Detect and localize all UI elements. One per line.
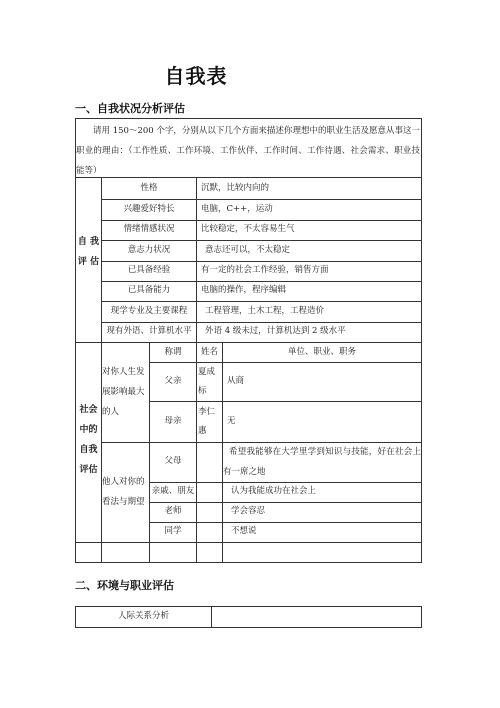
intro-paragraph: 请用 150～200 个字，分别从以下几个方面来描述你理想中的职业生活及愿意从事… [76,121,420,181]
self-eval-value: 意志还可以，不太稳定 [197,240,429,261]
self-eval-item: 意志力状况 [102,240,196,261]
self-eval-item: 已具备能力 [102,281,196,301]
self-eval-value: 外语 4 级未过，计算机达到 2 级水平 [197,322,429,342]
self-eval-value: 电脑，C++，运动 [197,199,425,220]
opinions-label: 他人对你的看法与期望 [102,472,148,517]
self-eval-item: 性格 [102,178,196,199]
self-eval-value: 工程管理，土木工程，工程造价 [197,301,429,322]
influencer-name: 李仁惠 [197,401,223,442]
influencer-relation: 父亲 [150,362,196,401]
opinion-relation: 父母 [150,442,196,482]
section-heading-environment: 二、环境与职业评估 [75,577,174,593]
section-heading-self-assessment: 一、自我状况分析评估 [75,100,185,116]
influencer-relation: 母亲 [150,401,196,442]
opinion-detail: 学会容忍 [223,502,429,522]
opinion-relation: 亲戚、朋友 [150,482,196,502]
env-item: 人际关系分析 [76,607,211,627]
influencer-detail: 从商 [223,362,425,401]
self-eval-item: 现学专业及主要课程 [102,301,196,322]
influencer-detail: 无 [223,401,425,442]
opinion-detail: 认为我能成功在社会上 [223,482,429,502]
self-eval-item: 情绪情感状况 [102,220,196,240]
opinion-name [197,502,222,522]
opinion-detail: 希望我能够在大学里学到知识与技能，好在社会上有一席之地 [223,442,421,482]
opinion-name [197,482,222,502]
header-name: 姓名 [197,343,222,362]
self-eval-item: 已具备经验 [102,261,196,281]
social-eval-group-label: 社会中的自我评估 [76,400,101,480]
self-eval-value: 电脑的操作，程序编辑 [197,281,425,301]
self-eval-value: 比较稳定，不太容易生气 [197,220,425,240]
opinion-relation: 老师 [150,502,196,522]
opinion-name [197,442,222,482]
influencer-name: 夏成标 [197,362,223,401]
header-relation: 称谓 [150,343,196,362]
influencers-label: 对你人生发展影响最大的人 [102,362,148,422]
opinion-name [197,522,222,542]
opinion-detail: 不想说 [223,522,429,542]
opinion-relation: 同学 [150,522,196,542]
header-detail: 单位、职业、职务 [223,343,421,362]
env-value[interactable] [212,607,425,627]
self-eval-value: 沉默，比较内向的 [197,178,425,199]
self-eval-value: 有一定的社会工作经验，销售方面 [197,261,425,281]
self-eval-group-label: 自 我 评 估 [76,232,101,272]
self-eval-item: 现有外语、计算机水平 [102,322,196,342]
page-title: 自我表 [0,60,392,89]
self-eval-item: 兴趣爱好特长 [102,199,196,220]
divider [75,542,422,543]
